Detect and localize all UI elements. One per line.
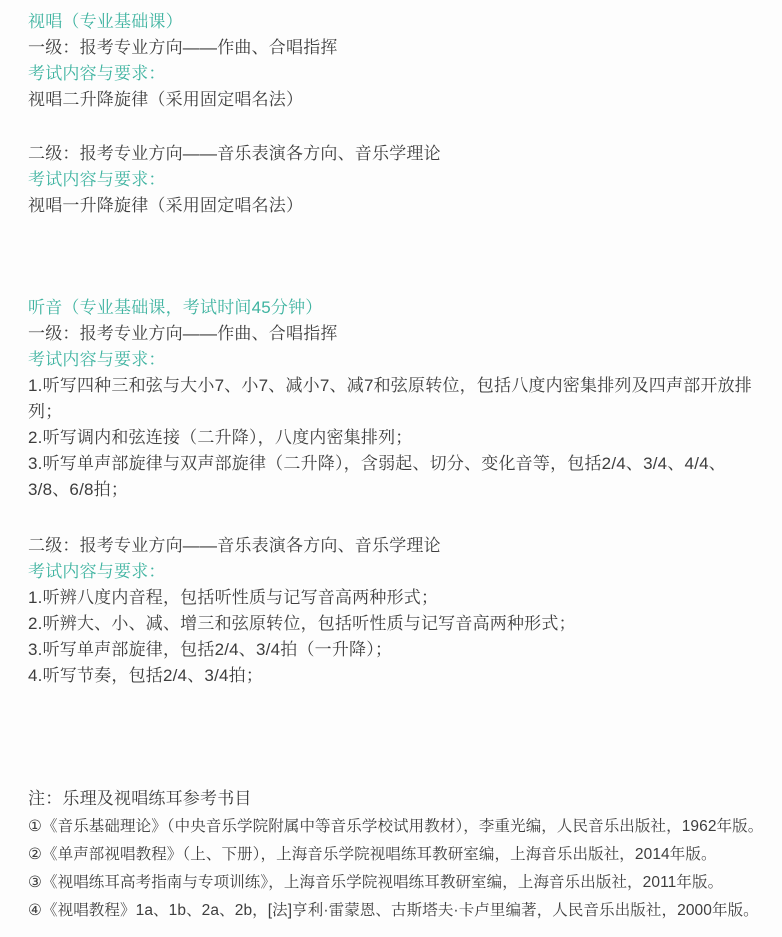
level2-title: 二级：报考专业方向——音乐表演各方向、音乐学理论 — [28, 533, 760, 559]
list-item: 1.听写四种三和弦与大小7、小7、减小7、减7和弦原转位，包括八度内密集排列及四… — [28, 373, 760, 425]
reference-item: ③《视唱练耳高考指南与专项训练》，上海音乐学院视唱练耳教研室编，上海音乐出版社，… — [28, 869, 760, 897]
section-ear-training: 听音（专业基础课，考试时间45分钟） 一级：报考专业方向——作曲、合唱指挥 考试… — [28, 295, 760, 689]
notes-title: 注：乐理及视唱练耳参考书目 — [28, 785, 760, 813]
section-sight-singing: 视唱（专业基础课） 一级：报考专业方向——作曲、合唱指挥 考试内容与要求： 视唱… — [28, 9, 760, 219]
reference-item: ①《音乐基础理论》（中央音乐学院附属中等音乐学校试用教材），李重光编，人民音乐出… — [28, 813, 760, 841]
exam-requirements-label: 考试内容与要求： — [28, 559, 760, 585]
exam-requirements-document: 视唱（专业基础课） 一级：报考专业方向——作曲、合唱指挥 考试内容与要求： 视唱… — [0, 0, 782, 937]
list-item: 3.听写单声部旋律与双声部旋律（二升降），含弱起、切分、变化音等，包括2/4、3… — [28, 451, 760, 503]
ear-training-heading: 听音（专业基础课，考试时间45分钟） — [28, 295, 760, 321]
list-item: 1.听辨八度内音程，包括听性质与记写音高两种形式； — [28, 585, 760, 611]
reference-item: ④《视唱教程》1a、1b、2a、2b，[法]亨利·雷蒙恩、古斯塔夫·卡卢里编著，… — [28, 897, 760, 925]
exam-requirements-label: 考试内容与要求： — [28, 61, 760, 87]
sight-singing-heading: 视唱（专业基础课） — [28, 9, 760, 35]
level2-title: 二级：报考专业方向——音乐表演各方向、音乐学理论 — [28, 141, 760, 167]
list-item: 2.听辨大、小、减、增三和弦原转位，包括听性质与记写音高两种形式； — [28, 611, 760, 637]
list-item: 4.听写节奏，包括2/4、3/4拍； — [28, 663, 760, 689]
exam-requirements-label: 考试内容与要求： — [28, 347, 760, 373]
level1-title: 一级：报考专业方向——作曲、合唱指挥 — [28, 35, 760, 61]
level1-title: 一级：报考专业方向——作曲、合唱指挥 — [28, 321, 760, 347]
sight-singing-level1: 一级：报考专业方向——作曲、合唱指挥 考试内容与要求： 视唱二升降旋律（采用固定… — [28, 35, 760, 113]
list-item: 2.听写调内和弦连接（二升降），八度内密集排列； — [28, 425, 760, 451]
reference-item: ②《单声部视唱教程》（上、下册），上海音乐学院视唱练耳教研室编，上海音乐出版社，… — [28, 841, 760, 869]
level1-content: 视唱二升降旋律（采用固定唱名法） — [28, 87, 760, 113]
sight-singing-level2: 二级：报考专业方向——音乐表演各方向、音乐学理论 考试内容与要求： 视唱一升降旋… — [28, 141, 760, 219]
section-reference-books: 注：乐理及视唱练耳参考书目 ①《音乐基础理论》（中央音乐学院附属中等音乐学校试用… — [28, 785, 760, 925]
list-item: 3.听写单声部旋律，包括2/4、3/4拍（一升降）； — [28, 637, 760, 663]
exam-requirements-label: 考试内容与要求： — [28, 167, 760, 193]
ear-training-level2: 二级：报考专业方向——音乐表演各方向、音乐学理论 考试内容与要求： 1.听辨八度… — [28, 533, 760, 689]
ear-training-level1: 一级：报考专业方向——作曲、合唱指挥 考试内容与要求： 1.听写四种三和弦与大小… — [28, 321, 760, 503]
level2-content: 视唱一升降旋律（采用固定唱名法） — [28, 193, 760, 219]
